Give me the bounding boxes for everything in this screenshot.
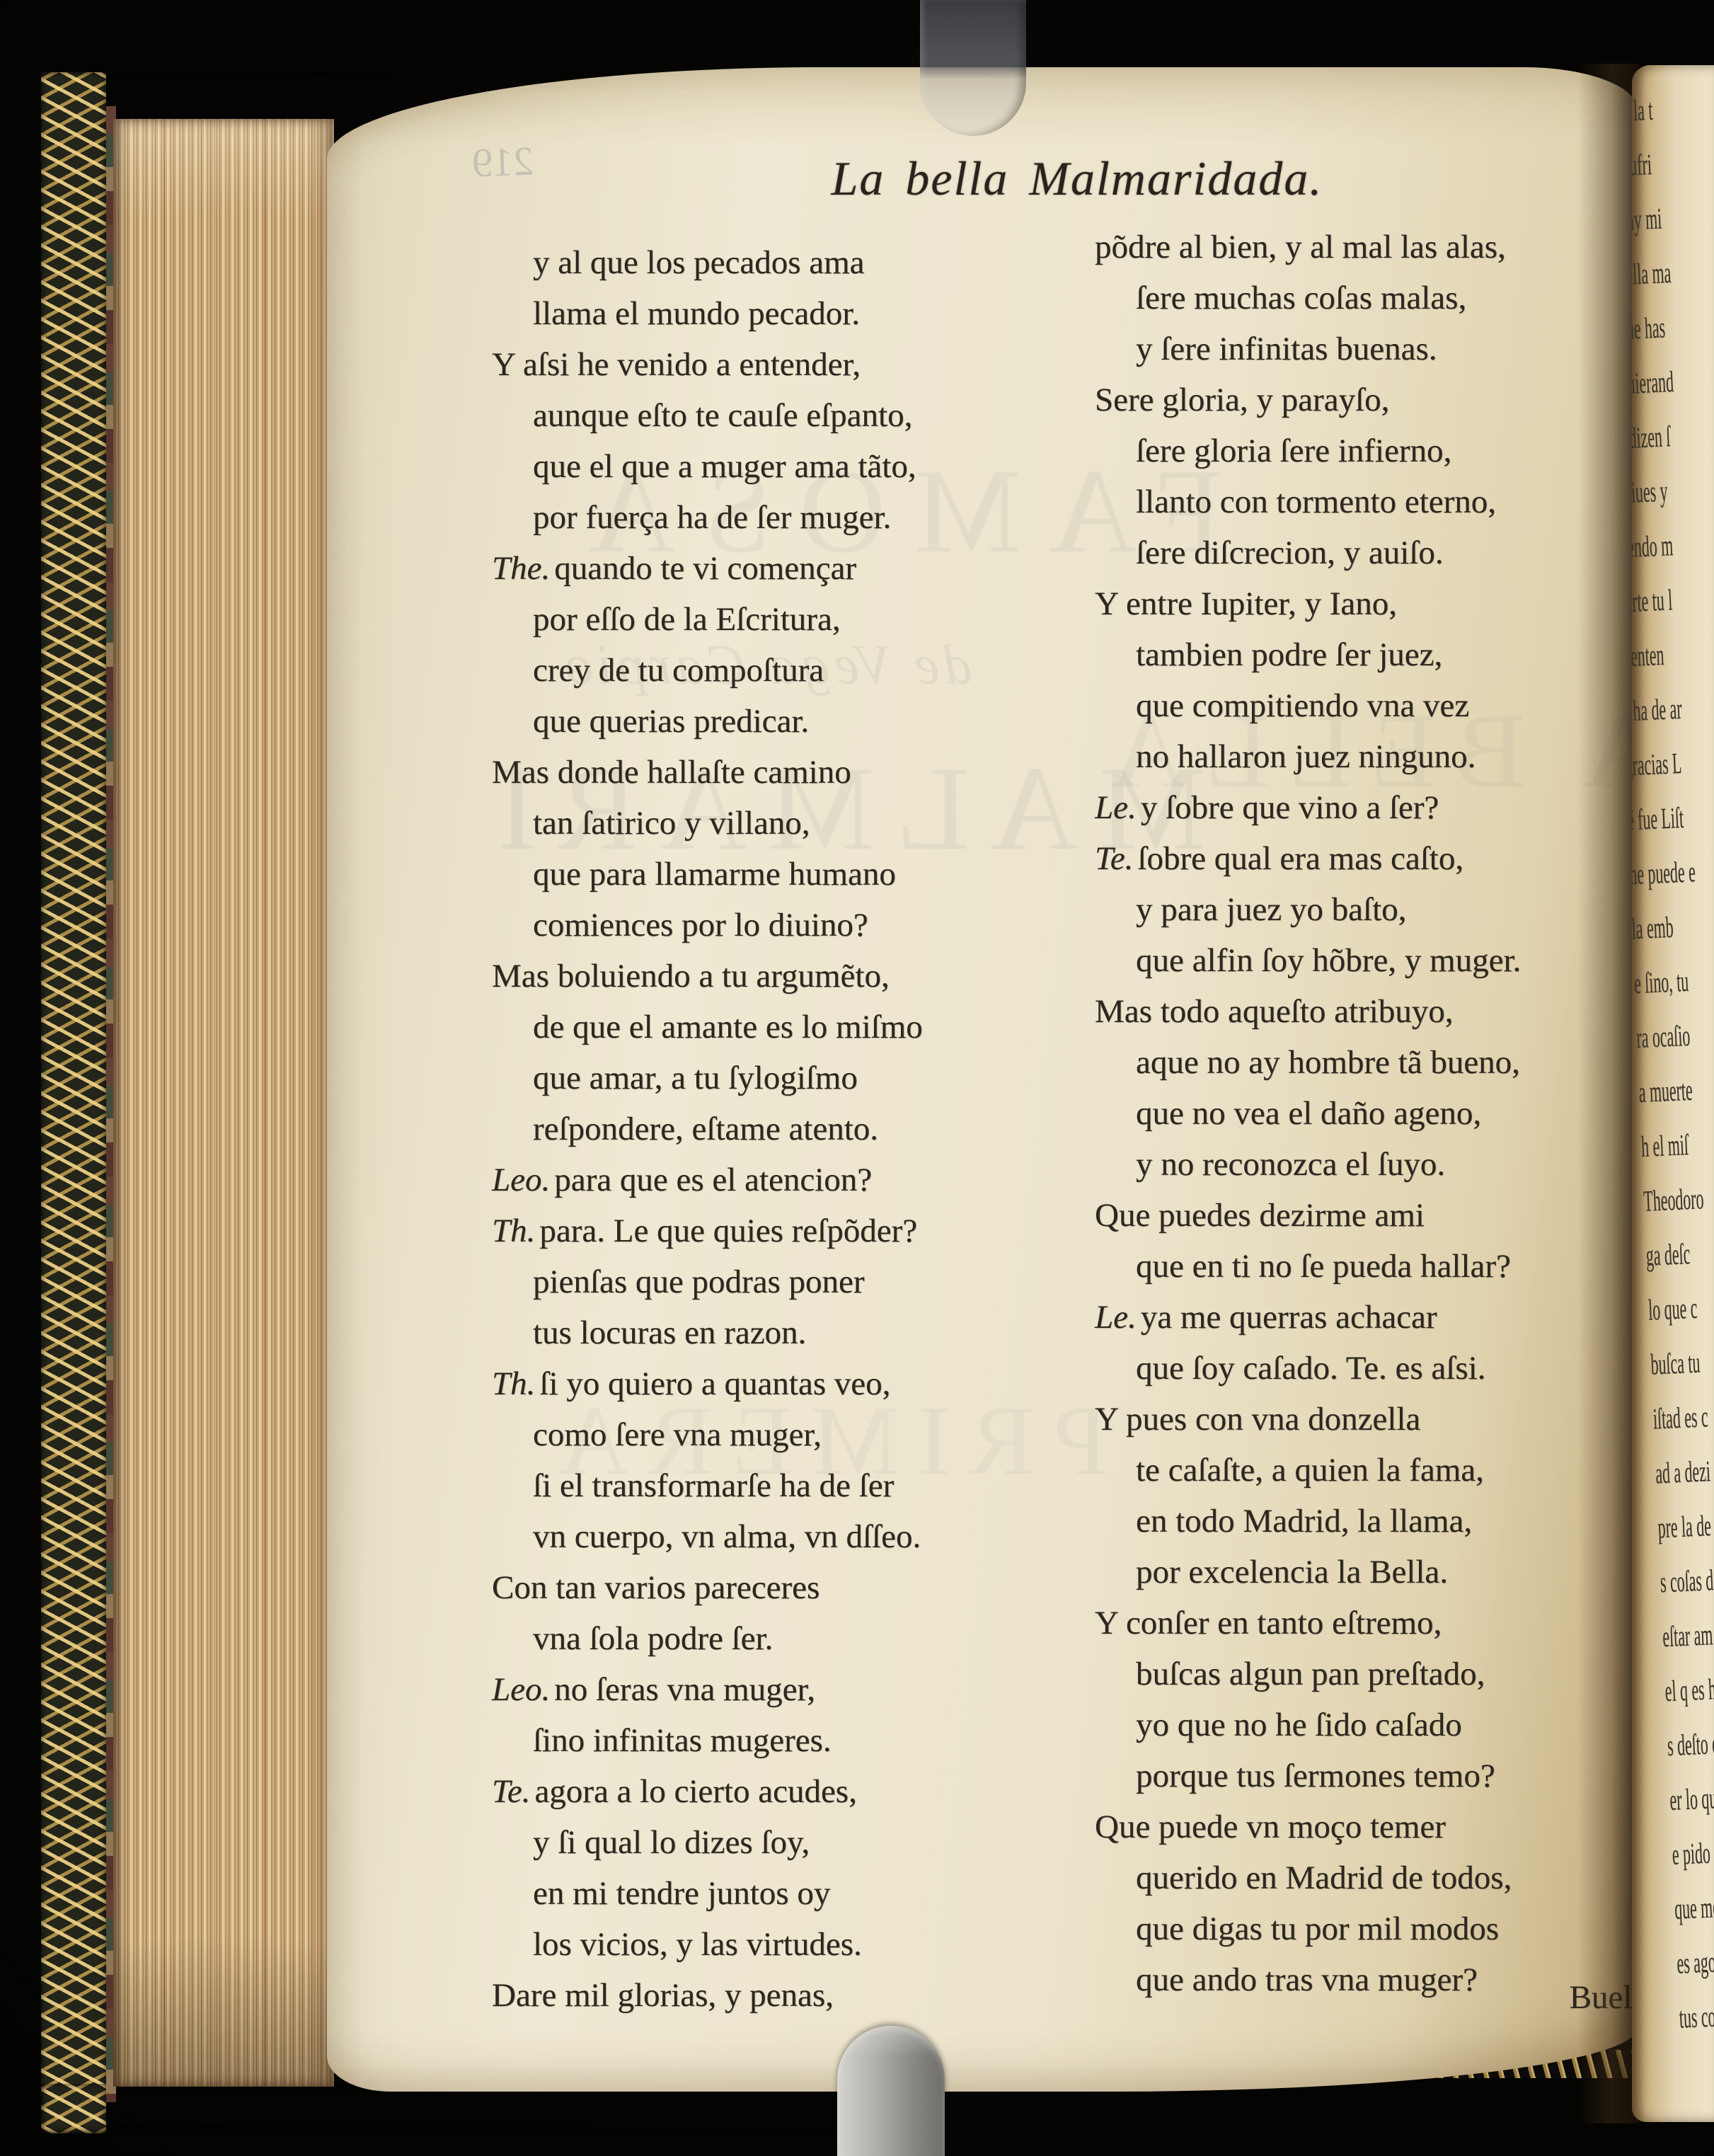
facing-page-line-fragment: ue dizen ſ xyxy=(1632,410,1679,467)
fore-edge-pages xyxy=(113,119,334,2087)
verse-line: ſere muchas coſas malas, xyxy=(1095,273,1521,323)
verse-line: tus locuras en razon. xyxy=(492,1307,923,1358)
facing-page-line-fragment: er lo qu xyxy=(1669,1771,1714,1828)
verse-line: buſcas algun pan preſtado, xyxy=(1095,1648,1521,1699)
verse-line: que querias predicar. xyxy=(492,696,923,747)
verse-line: põdre al bien, y al mal las alas, xyxy=(1095,222,1521,273)
verse-line: vna ſola podre ſer. xyxy=(492,1613,923,1664)
verse-line: querido en Madrid de todos, xyxy=(1095,1852,1521,1903)
verse-line: porque tus ſermones temo? xyxy=(1095,1750,1521,1801)
verse-line: crey de tu compoſtura xyxy=(492,645,923,696)
verse-line: ſere gloria ſere infierno, xyxy=(1095,425,1521,476)
verse-line: y ſere infinitas buenas. xyxy=(1095,323,1521,374)
verse-line: te caſaſte, a quien la fama, xyxy=(1095,1445,1521,1496)
facing-page-line-fragment: h el miſ xyxy=(1640,1118,1710,1175)
verse-line: y no reconozca el ſuyo. xyxy=(1095,1139,1521,1190)
facing-page-line-fragment: ẽ fue Liſt xyxy=(1632,791,1696,848)
verse-line: Mas todo aqueſto atribuyo, xyxy=(1095,986,1521,1037)
folio-number-showthrough: 219 xyxy=(471,137,534,187)
verse-line: comiences por lo diuino? xyxy=(492,900,923,951)
verse-line: que en ti no ſe pueda hallar? xyxy=(1095,1241,1521,1292)
facing-page-line-fragment: lo que c xyxy=(1647,1281,1714,1338)
verse-line: en mi tendre juntos oy xyxy=(492,1868,923,1919)
verse-line: The.quando te vi començar xyxy=(492,543,923,594)
photograph-backdrop: La bella Malmaridada. 219 FAMOSAde Vega … xyxy=(0,0,1714,2156)
facing-page-text: uelue la te lo ſufrique ay mila bella ma… xyxy=(1632,80,1714,2046)
speaker-abbreviation: Le. xyxy=(1095,1299,1137,1336)
facing-page-line-fragment: s deſto e xyxy=(1666,1716,1714,1774)
verse-line: que ando tras vna muger? xyxy=(1095,1954,1521,2005)
verse-line: que el que a muger ama tãto, xyxy=(492,441,923,492)
gilt-tooling-left-edge xyxy=(41,72,106,2133)
speaker-abbreviation: Leo. xyxy=(492,1671,550,1708)
facing-page-line-fragment: uelue la t xyxy=(1632,83,1665,140)
facing-page-line-fragment: el q es hõ xyxy=(1664,1662,1714,1719)
verse-line: pienſas que podras poner xyxy=(492,1256,923,1307)
speaker-abbreviation: The. xyxy=(492,550,550,587)
speaker-abbreviation: Te. xyxy=(492,1773,530,1810)
verse-line: ſino infinitas mugeres. xyxy=(492,1715,923,1766)
verse-line: que digas tu por mil modos xyxy=(1095,1903,1521,1954)
verse-line: Le.y ſobre que vino a ſer? xyxy=(1095,782,1521,833)
verse-line: Te.ſobre qual era mas caſto, xyxy=(1095,833,1521,884)
verse-line: llanto con tormento eterno, xyxy=(1095,476,1521,527)
verse-line: Sere gloria, y parayſo, xyxy=(1095,374,1521,425)
verse-line: no hallaron juez ninguno. xyxy=(1095,731,1521,782)
facing-page-line-fragment: ad a dezi xyxy=(1655,1444,1714,1501)
verse-line: llama el mundo pecador. xyxy=(492,288,923,339)
facing-page-line-fragment: niendo m xyxy=(1632,519,1684,576)
verse-line: yo que no he ſido caſado xyxy=(1095,1699,1521,1750)
verse-line: que alfin ſoy hõbre, y muger. xyxy=(1095,935,1521,986)
facing-page-line-fragment: orque has xyxy=(1632,301,1674,358)
verse-line: y al que los pecados ama xyxy=(492,237,923,288)
verse-line: Con tan varios pareceres xyxy=(492,1562,923,1613)
verse-line: por eſſo de la Eſcritura, xyxy=(492,594,923,645)
page-fold-shadow xyxy=(1578,64,1639,2123)
facing-page-line-fragment: iſtad es c xyxy=(1652,1389,1714,1447)
verse-line: vn cuerpo, vn alma, vn dſſeo. xyxy=(492,1511,923,1562)
speaker-abbreviation: Th. xyxy=(492,1365,535,1402)
facing-page-line-fragment: la bella ma xyxy=(1632,246,1672,304)
facing-page-line-fragment: o quierand xyxy=(1632,355,1677,413)
facing-page-line-fragment: a enten xyxy=(1632,627,1689,684)
verse-line: los vicios, y las virtudes. xyxy=(492,1919,923,1970)
verse-column-right: põdre al bien, y al mal las alas,ſere mu… xyxy=(1095,222,1521,2005)
facing-page-line-fragment: ne puede e xyxy=(1632,845,1698,902)
verse-line: como ſere vna muger, xyxy=(492,1409,923,1460)
facing-page-line-fragment: e ſino, tu xyxy=(1633,954,1703,1011)
facing-page-line-fragment: e ha de ar xyxy=(1632,682,1691,739)
facing-page-line-fragment: ga deſc xyxy=(1645,1227,1714,1284)
verse-line: Y entre Iupiter, y Iano, xyxy=(1095,578,1521,629)
verse-line: y para juez yo baſto, xyxy=(1095,884,1521,935)
verse-line: Le.ya me querras achacar xyxy=(1095,1292,1521,1343)
verse-line: de que el amante es lo miſmo xyxy=(492,1002,923,1053)
verse-line: Que puedes dezirme ami xyxy=(1095,1190,1521,1241)
verse-line: Leo.no ſeras vna muger, xyxy=(492,1664,923,1715)
facing-page-line-fragment: Theodoro xyxy=(1643,1172,1713,1229)
verse-line: Mas boluiendo a tu argumẽto, xyxy=(492,951,923,1002)
verse-line: que ſoy caſado. Te. es aſsi. xyxy=(1095,1343,1521,1394)
verse-line: Mas donde hallaſte camino xyxy=(492,747,923,798)
verse-line: Y pues con vna donzella xyxy=(1095,1394,1521,1445)
verse-line: por fuerça ha de ſer muger. xyxy=(492,492,923,543)
verse-line: tan ſatirico y villano, xyxy=(492,798,923,849)
speaker-abbreviation: Te. xyxy=(1095,840,1133,877)
facing-page-line-fragment: ra ocaſio xyxy=(1635,1009,1706,1066)
verse-line: Que puede vn moço temer xyxy=(1095,1801,1521,1852)
facing-page-line-fragment: pre la de xyxy=(1657,1498,1714,1556)
facing-page-line-fragment: e viues y xyxy=(1632,464,1681,522)
facing-page-line-fragment: e pido c xyxy=(1671,1825,1714,1883)
verse-line: por excelencia la Bella. xyxy=(1095,1547,1521,1598)
facing-page-line-fragment: e lo ſufri xyxy=(1632,137,1667,195)
verse-line: Th.para. Le que quies reſpõder? xyxy=(492,1205,923,1256)
facing-page-line-fragment: darte tu l xyxy=(1632,573,1686,630)
verse-line: aque no ay hombre tã bueno, xyxy=(1095,1037,1521,1088)
verse-line: Te.agora a lo cierto acudes, xyxy=(492,1766,923,1817)
speaker-abbreviation: Th. xyxy=(492,1212,535,1249)
verse-line: que compitiendo vna vez xyxy=(1095,680,1521,731)
verse-line: ſere diſcrecion, y auiſo. xyxy=(1095,527,1521,578)
verse-line: y ſi qual lo dizes ſoy, xyxy=(492,1817,923,1868)
verse-line: aunque eſto te cauſe eſpanto, xyxy=(492,390,923,441)
facing-page-line-fragment: buſca tu xyxy=(1650,1335,1714,1392)
facing-page-line-fragment: gracias L xyxy=(1632,736,1693,793)
facing-page-line-fragment: eſtar am xyxy=(1662,1607,1714,1665)
verse-line: tambien podre ſer juez, xyxy=(1095,629,1521,680)
top-clamp xyxy=(920,0,1026,136)
text-page: La bella Malmaridada. 219 FAMOSAde Vega … xyxy=(327,67,1638,2092)
verse-line: Dare mil glorias, y penas, xyxy=(492,1970,923,2021)
verse-line: que amar, a tu ſylogiſmo xyxy=(492,1053,923,1103)
verse-line: Th.ſi yo quiero a quantas veo, xyxy=(492,1358,923,1409)
bottom-clamp xyxy=(837,2026,945,2156)
verse-line: que no vea el daño ageno, xyxy=(1095,1088,1521,1139)
verse-line: Y aſsi he venido a entender, xyxy=(492,339,923,390)
facing-page-line-fragment: tus conſ xyxy=(1678,1989,1714,2046)
facing-page-line-fragment: a muerte xyxy=(1638,1063,1708,1120)
facing-page-line-fragment: es agora xyxy=(1676,1934,1714,1992)
facing-page-line-fragment: que me l xyxy=(1673,1880,1714,1937)
verse-line: reſpondere, eſtame atento. xyxy=(492,1103,923,1154)
facing-page-line-fragment: la emb xyxy=(1632,900,1701,957)
verse-line: que para llamarme humano xyxy=(492,849,923,900)
facing-page-line-fragment: que ay mi xyxy=(1632,192,1669,249)
verse-line: ſi el transformarſe ha de ſer xyxy=(492,1460,923,1511)
speaker-abbreviation: Leo. xyxy=(492,1162,550,1198)
verse-line: Y conſer en tanto eſtremo, xyxy=(1095,1598,1521,1648)
verse-column-left: y al que los pecados amallama el mundo p… xyxy=(492,237,923,2021)
verse-line: en todo Madrid, la llama, xyxy=(1095,1496,1521,1547)
verse-line: Leo.para que es el atencion? xyxy=(492,1154,923,1205)
running-head-title: La bella Malmaridada. xyxy=(723,151,1431,207)
facing-page-line-fragment: s coſas de xyxy=(1659,1553,1714,1610)
speaker-abbreviation: Le. xyxy=(1095,789,1137,826)
facing-page-sliver: uelue la te lo ſufrique ay mila bella ma… xyxy=(1632,65,1714,2122)
